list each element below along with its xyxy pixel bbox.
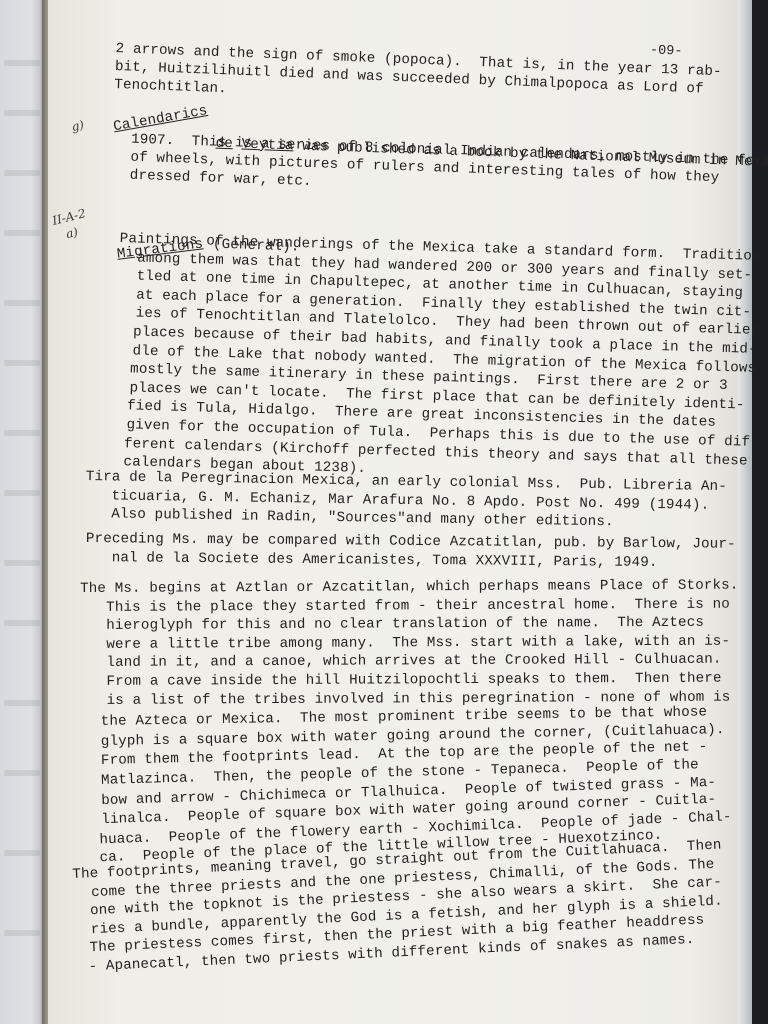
page-number: -09- (650, 43, 683, 59)
item-marker: a) (65, 225, 79, 241)
facing-page (0, 0, 44, 1024)
